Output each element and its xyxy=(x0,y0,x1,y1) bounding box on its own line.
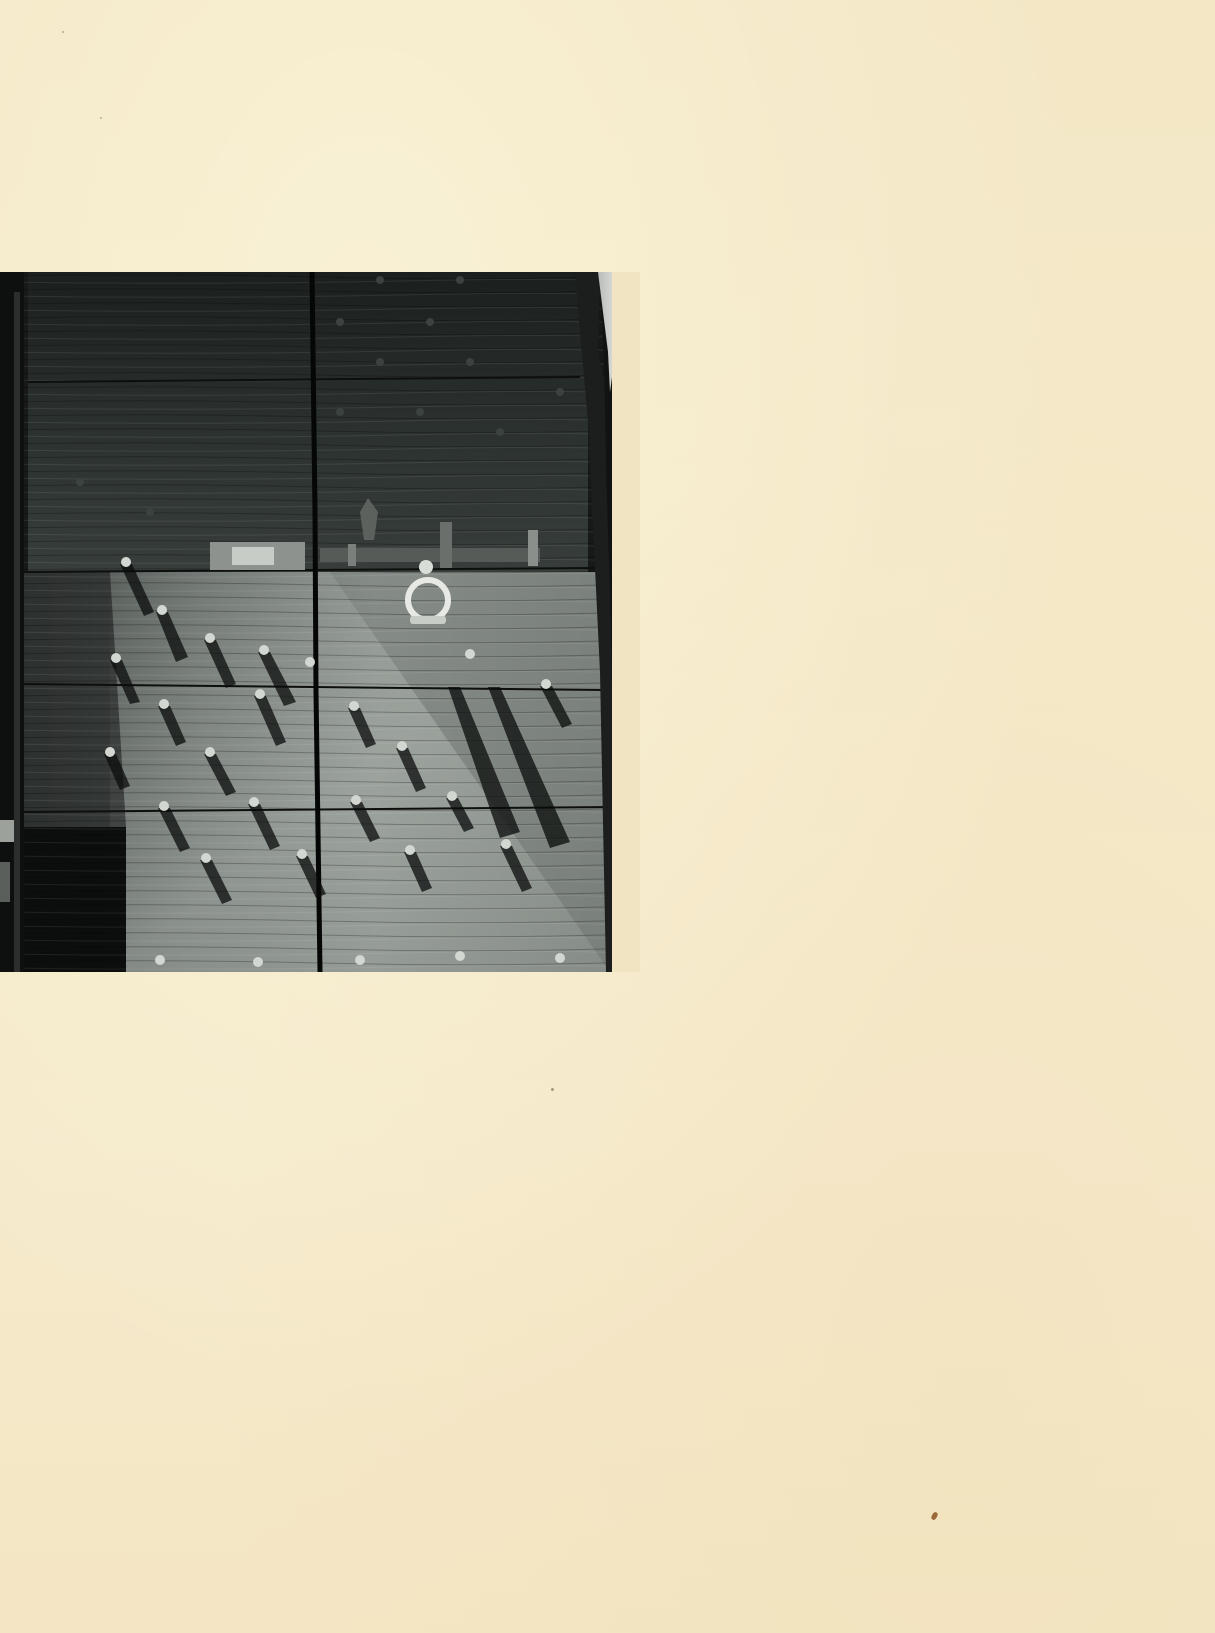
paper-speck xyxy=(100,117,102,119)
paper-speck xyxy=(551,1088,554,1091)
paper-speck xyxy=(930,1511,938,1520)
paper-speck xyxy=(62,31,64,33)
door-photograph xyxy=(0,272,640,972)
